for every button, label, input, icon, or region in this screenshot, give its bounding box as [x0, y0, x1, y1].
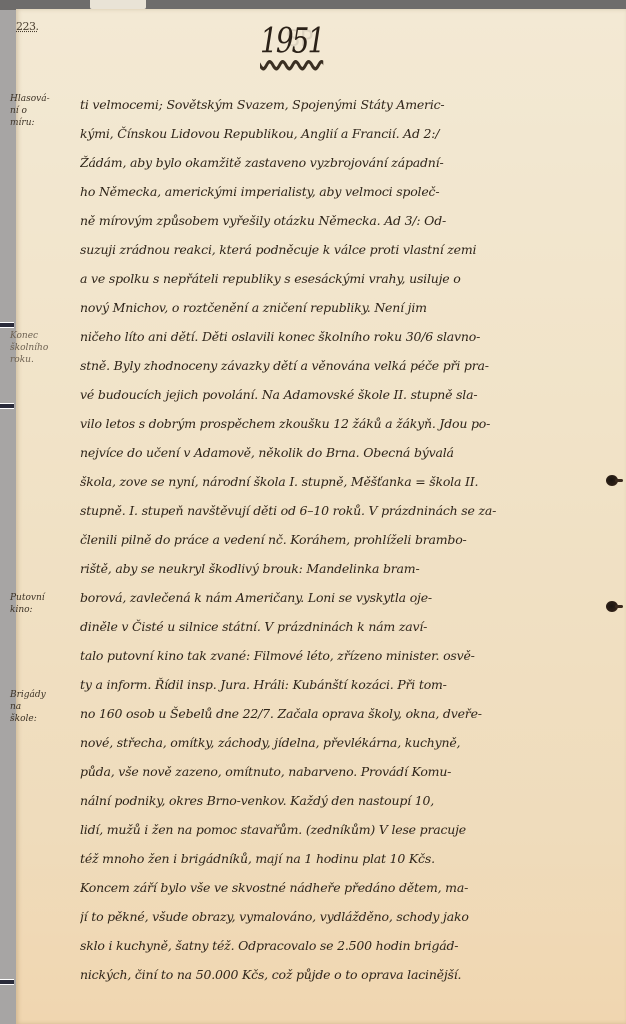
- text-line: ti velmocemi; Sovětským Svazem, Spojeným…: [80, 97, 600, 112]
- text-line: ně mírovým způsobem vyřešily otázku Něme…: [80, 213, 600, 228]
- text-line: ty a inform. Řídil insp. Jura. Hráli: Ku…: [80, 677, 600, 692]
- text-line: sklo i kuchyně, šatny též. Odpracovalo s…: [80, 938, 600, 953]
- text-line: škola, zove se nyní, národní škola I. st…: [80, 474, 600, 489]
- margin-note-line: Brigády: [10, 689, 80, 701]
- margin-note-line: školního: [10, 342, 80, 354]
- margin-note-line: škole:: [10, 713, 80, 725]
- text-line: nejvíce do učení v Adamově, několik do B…: [80, 445, 600, 460]
- margin-note-line: kino:: [10, 604, 80, 616]
- scanned-document: 223. SP 1951 Hlasová- ní o míru: Konec š…: [0, 0, 626, 1024]
- text-line: též mnoho žen i brigádníků, mají na 1 ho…: [80, 851, 600, 866]
- binding-hole: [606, 601, 618, 612]
- text-line: talo putovní kino tak zvané: Filmové lét…: [80, 648, 600, 663]
- margin-note-line: Hlasová-: [10, 93, 80, 105]
- chronicle-page: 223. SP 1951 Hlasová- ní o míru: Konec š…: [16, 9, 626, 1024]
- text-line: borová, zavlečená k nám Američany. Loni …: [80, 590, 600, 605]
- text-line: stně. Byly zhodnoceny závazky dětí a věn…: [80, 358, 600, 373]
- margin-note-line: Putovní: [10, 592, 80, 604]
- margin-note-brigady-na-skole: Brigády na škole:: [10, 689, 80, 725]
- page-number: 223.: [16, 20, 39, 33]
- margin-note-line: roku.: [10, 354, 80, 366]
- text-line: nové, střecha, omítky, záchody, jídelna,…: [80, 735, 600, 750]
- margin-note-line: Konec: [10, 330, 80, 342]
- binding-hole: [606, 475, 618, 486]
- text-line: ničeho líto ani dětí. Děti oslavili kone…: [80, 329, 600, 344]
- text-line: členili pilně do práce a vedení nč. Korá…: [80, 532, 600, 547]
- text-line: nový Mnichov, o roztčenění a zničení rep…: [80, 300, 600, 315]
- year-heading: 1951: [260, 20, 323, 61]
- text-line: no 160 osob u Šebelů dne 22/7. Začala op…: [80, 706, 600, 721]
- edge-marker: [0, 403, 14, 409]
- margin-note-konec-skolniho-roku: Konec školního roku.: [10, 330, 80, 366]
- margin-note-hlasovani: Hlasová- ní o míru:: [10, 93, 80, 129]
- text-line: a ve spolku s nepřáteli republiky s eses…: [80, 271, 600, 286]
- text-line: suzuji zrádnou reakci, která podněcuje k…: [80, 242, 600, 257]
- text-line: půda, vše nově zazeno, omítnuto, nabarve…: [80, 764, 600, 779]
- text-line: Koncem září bylo vše ve skvostné nádheře…: [80, 880, 600, 895]
- text-line: vé budoucích jejich povolání. Na Adamovs…: [80, 387, 600, 402]
- text-line: nální podniky, okres Brno-venkov. Každý …: [80, 793, 600, 808]
- text-line: diněle v Čisté u silnice státní. V prázd…: [80, 619, 600, 634]
- text-line: ho Německa, americkými imperialisty, aby…: [80, 184, 600, 199]
- text-line: nických, činí to na 50.000 Kčs, což půjd…: [80, 967, 600, 982]
- text-line: riště, aby se neukryl škodlivý brouk: Ma…: [80, 561, 600, 576]
- scanner-left-edge: [0, 10, 16, 1024]
- margin-note-line: míru:: [10, 117, 80, 129]
- edge-marker: [0, 979, 14, 985]
- margin-note-line: na: [10, 701, 80, 713]
- text-line: stupně. I. stupeň navštěvují děti od 6–1…: [80, 503, 600, 518]
- text-line: Žádám, aby bylo okamžitě zastaveno vyzbr…: [80, 155, 600, 170]
- margin-note-line: ní o: [10, 105, 80, 117]
- edge-marker: [0, 322, 14, 328]
- text-line: lidí, mužů i žen na pomoc stavařům. (zed…: [80, 822, 600, 837]
- margin-note-putovni-kino: Putovní kino:: [10, 592, 80, 616]
- text-line: jí to pěkné, všude obrazy, vymalováno, v…: [80, 909, 600, 924]
- text-line: vilo letos s dobrým prospěchem zkoušku 1…: [80, 416, 600, 431]
- page-tab: [90, 0, 146, 9]
- text-line: kými, Čínskou Lidovou Republikou, Anglií…: [80, 126, 600, 141]
